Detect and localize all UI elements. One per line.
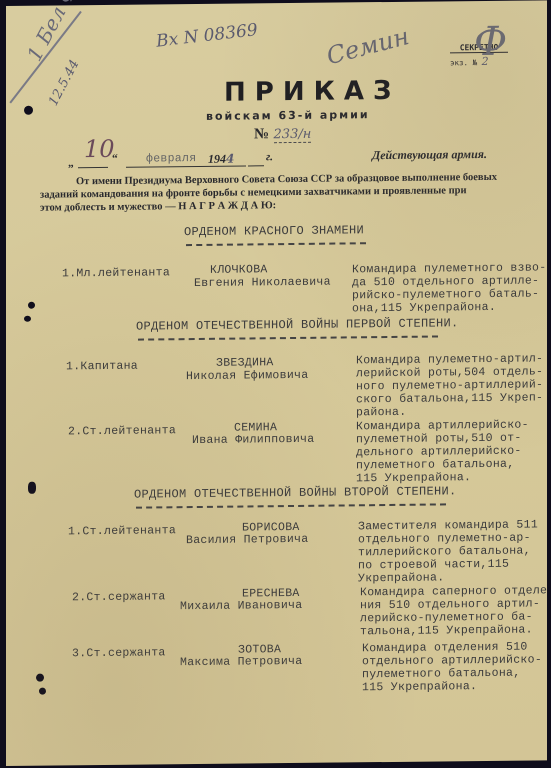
award-entry-surname: ЗВЕЗДИНА: [216, 356, 274, 370]
award-entry-rank: 2.Ст.лейтенанта: [68, 424, 176, 438]
heading-underline: [136, 503, 446, 508]
date-day: 10: [84, 135, 115, 163]
binding-hole: [39, 688, 46, 695]
award-entry-position: Заместителя командира 511 отдельного пул…: [358, 518, 538, 585]
award-entry-rank: 1.Мл.лейтенанта: [62, 266, 170, 280]
binding-hole: [24, 316, 31, 322]
document-page: 1 Бел Ф 12.5.44 Вх N 08369 Семин СЕКРЕТН…: [6, 0, 547, 766]
award-entry-given-name: Евгения Николаевича: [194, 276, 331, 290]
location: Действующая армия.: [372, 147, 487, 163]
section-heading: ОРДЕНОМ ОТЕЧЕСТВЕННОЙ ВОЙНЫ ПЕРВОЙ СТЕПЕ…: [136, 317, 459, 333]
date-month: февраля: [146, 152, 196, 166]
date-line: 10 „ “ февраля 1944 г. Действующая армия…: [68, 137, 528, 172]
handwritten-annotation: 1 Бел Ф: [22, 0, 81, 65]
heading-underline: [186, 242, 366, 246]
document-subtitle: войскам 63-й армии: [206, 108, 370, 123]
binding-hole: [36, 674, 44, 682]
award-entry-given-name: Максима Петровича: [180, 655, 302, 669]
award-entry-rank: 3.Ст.сержанта: [72, 646, 166, 660]
binding-hole: [28, 302, 35, 309]
document-title: ПРИКАЗ: [224, 76, 400, 108]
section-heading: ОРДЕНОМ КРАСНОГО ЗНАМЕНИ: [184, 224, 364, 239]
handwritten-date: 12.5.44: [46, 58, 83, 109]
preamble: От имени Президиума Верховного Совета Со…: [40, 170, 540, 214]
heading-underline: [138, 335, 438, 340]
section-heading: ОРДЕНОМ ОТЕЧЕСТВЕННОЙ ВОЙНЫ ВТОРОЙ СТЕПЕ…: [134, 485, 457, 501]
handwritten-initials: Ф: [474, 19, 507, 65]
date-year: 1944: [208, 152, 234, 167]
award-entry-given-name: Ивана Филипповича: [192, 433, 314, 447]
award-entry-rank: 1.Капитана: [66, 360, 138, 374]
award-entry-position: Командира отделения 510 отдельного артил…: [362, 640, 542, 694]
binding-hole: [24, 106, 33, 115]
incoming-ref-number: Вх N 08369: [155, 20, 258, 52]
award-entry-given-name: Василия Петровича: [186, 533, 308, 547]
binding-hole: [28, 482, 36, 494]
award-entry-given-name: Михаила Ивановича: [180, 599, 302, 613]
award-entry-position: Командира артиллерийско- пулеметной роты…: [356, 419, 529, 486]
award-entry-rank: 1.Ст.лейтенанта: [68, 524, 176, 538]
award-entry-surname: КЛОЧКОВА: [210, 263, 268, 277]
award-entry-given-name: Николая Ефимовича: [186, 369, 308, 383]
award-entry-position: Командира саперного отделе ния 510 отдел…: [360, 584, 547, 638]
annotation-text: 1 Бел Ф: [22, 0, 81, 65]
award-entry-position: Командира пулеметно-артил- лерийской рот…: [356, 352, 543, 419]
award-entry-position: Командира пулеметного взво- да 510 отдел…: [352, 261, 546, 315]
signature: Семин: [324, 22, 412, 70]
award-entry-rank: 2.Ст.сержанта: [72, 590, 166, 604]
